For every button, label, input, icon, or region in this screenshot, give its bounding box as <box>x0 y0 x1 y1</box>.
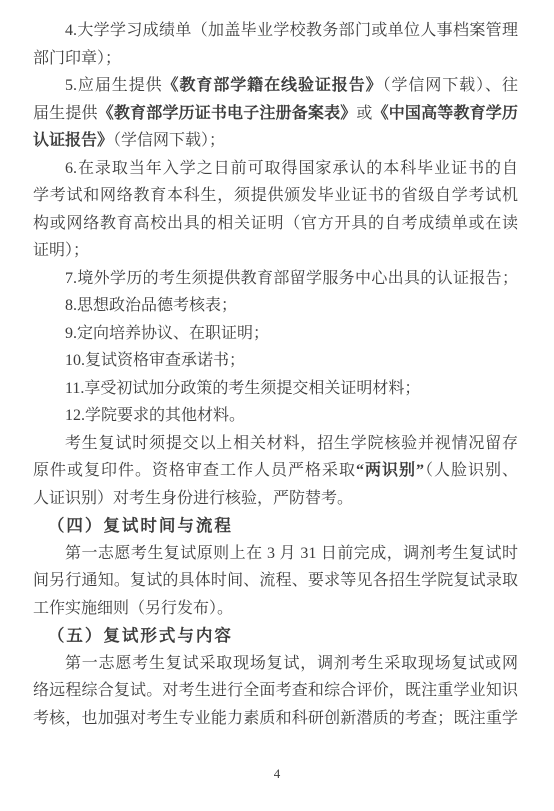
text-run: 8.思想政治品德考核表； <box>65 297 237 314</box>
emphasis-text: （五）复试形式与内容 <box>48 626 233 645</box>
doc-line: 第一志愿考生复试采取现场复试，调剂考生采取现场复试或网 <box>33 650 518 678</box>
text-run: （学信网下载）、往 <box>383 77 518 94</box>
emphasis-text: 《教育部学历证书电子注册备案表》 <box>98 105 357 122</box>
doc-line: 4.大学学习成绩单（加盖毕业学校教务部门或单位人事档案管理 <box>33 17 518 45</box>
doc-line: 工作实施细则（另行发布）。 <box>33 595 518 623</box>
text-run: 10.复试资格审查承诺书； <box>65 352 245 369</box>
document-body: 4.大学学习成绩单（加盖毕业学校教务部门或单位人事档案管理部门印章）；5.应届生… <box>33 17 518 732</box>
document-page: 4.大学学习成绩单（加盖毕业学校教务部门或单位人事档案管理部门印章）；5.应届生… <box>0 0 554 811</box>
text-run: 7.境外学历的考生须提供教育部留学服务中心出具的认证报告； <box>65 270 518 287</box>
emphasis-text: “两识别” <box>356 462 424 479</box>
text-run: 或 <box>356 105 372 122</box>
text-run: 部门印章）； <box>33 50 121 67</box>
text-run: 届生提供 <box>33 105 98 122</box>
emphasis-text: （四）复试时间与流程 <box>48 516 233 535</box>
text-run: 6.在录取当年入学之日前可取得国家承认的本科毕业证书的自 <box>65 160 518 177</box>
text-run: （人脸识别、 <box>424 462 518 479</box>
text-run: 5.应届生提供 <box>65 77 163 94</box>
doc-line: 11.享受初试加分政策的考生须提交相关证明材料； <box>33 375 518 403</box>
doc-line: 原件或复印件。资格审查工作人员严格采取“两识别”（人脸识别、 <box>33 457 518 485</box>
text-run: 工作实施细则（另行发布）。 <box>33 600 233 617</box>
doc-line: 12.学院要求的其他材料。 <box>33 402 518 430</box>
emphasis-text: 认证报告》 <box>33 132 113 149</box>
text-run: 第一志愿考生复试原则上在 3 月 31 日前完成，调剂考生复试时 <box>65 545 518 562</box>
doc-line: 考核，也加强对考生专业能力素质和科研创新潜质的考查；既注重学 <box>33 705 518 733</box>
doc-line: 人证识别）对考生身份进行核验，严防替考。 <box>33 485 518 513</box>
doc-line: 间另行通知。复试的具体时间、流程、要求等见各招生学院复试录取 <box>33 567 518 595</box>
doc-line: 考生复试时须提交以上相关材料，招生学院核验并视情况留存 <box>33 430 518 458</box>
doc-line: 构或网络教育高校出具的相关证明（官方开具的自考成绩单或在读 <box>33 210 518 238</box>
text-run: 证明）； <box>33 242 89 259</box>
doc-line: 6.在录取当年入学之日前可取得国家承认的本科毕业证书的自 <box>33 155 518 183</box>
text-run: 人证识别）对考生身份进行核验，严防替考。 <box>33 490 353 507</box>
doc-line: 5.应届生提供《教育部学籍在线验证报告》（学信网下载）、往 <box>33 72 518 100</box>
text-run: 原件或复印件。资格审查工作人员严格采取 <box>33 462 356 479</box>
text-run: 11.享受初试加分政策的考生须提交相关证明材料； <box>65 380 420 397</box>
text-run: 络远程综合复试。对考生进行全面考查和综合评价，既注重学业知识 <box>33 682 518 699</box>
doc-line: 10.复试资格审查承诺书； <box>33 347 518 375</box>
text-run: （学信网下载）； <box>113 132 225 149</box>
doc-line: 学考试和网络教育本科生，须提供颁发毕业证书的省级自学考试机 <box>33 182 518 210</box>
page-number: 4 <box>0 766 554 782</box>
doc-line: 证明）； <box>33 237 518 265</box>
text-run: 12.学院要求的其他材料。 <box>65 407 245 424</box>
section-heading: （五）复试形式与内容 <box>33 622 518 650</box>
emphasis-text: 《教育部学籍在线验证报告》 <box>163 77 383 94</box>
text-run: 考生复试时须提交以上相关材料，招生学院核验并视情况留存 <box>65 435 518 452</box>
text-run: 间另行通知。复试的具体时间、流程、要求等见各招生学院复试录取 <box>33 572 518 589</box>
text-run: 学考试和网络教育本科生，须提供颁发毕业证书的省级自学考试机 <box>33 187 518 204</box>
doc-line: 第一志愿考生复试原则上在 3 月 31 日前完成，调剂考生复试时 <box>33 540 518 568</box>
text-run: 9.定向培养协议、在职证明； <box>65 325 269 342</box>
doc-line: 部门印章）； <box>33 45 518 73</box>
doc-line: 认证报告》（学信网下载）； <box>33 127 518 155</box>
text-run: 第一志愿考生复试采取现场复试，调剂考生采取现场复试或网 <box>65 655 518 672</box>
doc-line: 8.思想政治品德考核表； <box>33 292 518 320</box>
doc-line: 届生提供《教育部学历证书电子注册备案表》或《中国高等教育学历 <box>33 100 518 128</box>
emphasis-text: 《中国高等教育学历 <box>373 105 518 122</box>
doc-line: 9.定向培养协议、在职证明； <box>33 320 518 348</box>
text-run: 4.大学学习成绩单（加盖毕业学校教务部门或单位人事档案管理 <box>65 22 518 39</box>
text-run: 构或网络教育高校出具的相关证明（官方开具的自考成绩单或在读 <box>33 215 518 232</box>
section-heading: （四）复试时间与流程 <box>33 512 518 540</box>
text-run: 考核，也加强对考生专业能力素质和科研创新潜质的考查；既注重学 <box>33 710 518 727</box>
doc-line: 7.境外学历的考生须提供教育部留学服务中心出具的认证报告； <box>33 265 518 293</box>
doc-line: 络远程综合复试。对考生进行全面考查和综合评价，既注重学业知识 <box>33 677 518 705</box>
